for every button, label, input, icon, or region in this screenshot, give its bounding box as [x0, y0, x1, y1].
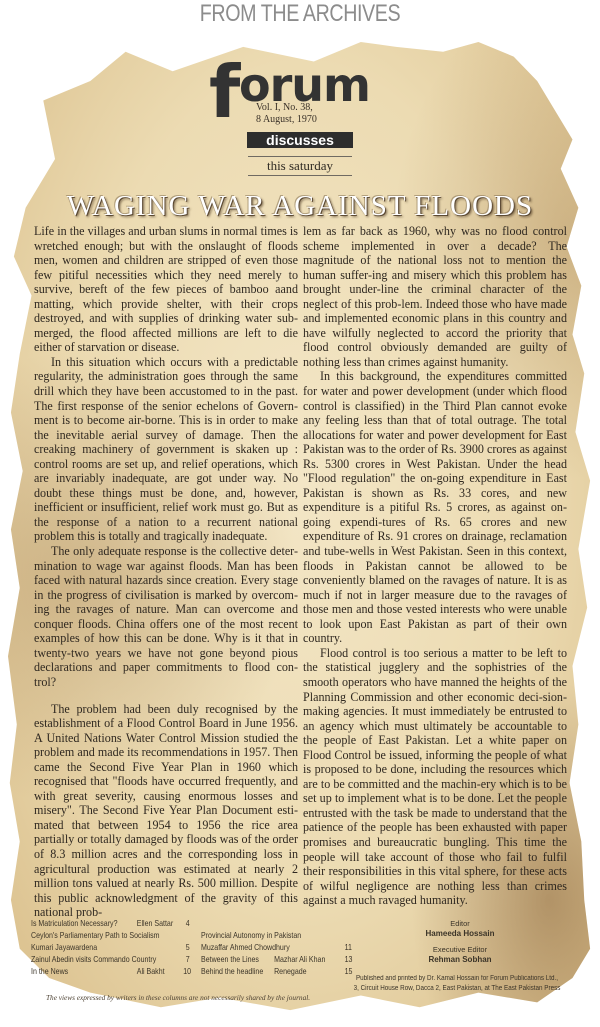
paragraph: Life in the villages and urban slums in … — [34, 224, 298, 355]
contents-title: In the News — [31, 966, 68, 978]
article-column-right: lem as far back as 1960, why was no floo… — [303, 224, 567, 908]
contents-title: Provincial Autonomy in Pakistan — [201, 930, 301, 942]
paragraph: In this situation which occurs with a pr… — [34, 355, 298, 544]
contents-author: Ali Bakht — [137, 966, 165, 978]
contents-page: 11 — [345, 942, 352, 954]
article-column-left: Life in the villages and urban slums in … — [34, 224, 298, 920]
executive-editor-name: Rehman Sobhan — [360, 955, 560, 965]
editor-role: Editor — [360, 919, 560, 929]
contents-item[interactable]: Muzaffar Ahmed Chowdhury 11 — [201, 942, 356, 954]
contents-title: Between the Lines — [201, 954, 259, 966]
paragraph: The problem had been duly recognised by … — [34, 702, 298, 920]
contents-title: Muzaffar Ahmed Chowdhury — [201, 942, 290, 954]
section-banner: FROM THE ARCHIVES — [54, 0, 546, 30]
contents-title: Kumari Jayawardena — [31, 942, 97, 954]
publisher-line-2: 3, Circuit House Row, Dacca 2, East Paki… — [349, 984, 565, 994]
contents-title: Zainul Abedin visits Commando Country — [31, 954, 156, 966]
issue-date: 8 August, 1970 — [256, 114, 317, 126]
paragraph: lem as far back as 1960, why was no floo… — [303, 224, 567, 369]
this-saturday-label: this saturday — [248, 156, 352, 176]
contents-page: 10 — [183, 966, 191, 978]
editor-name: Hameeda Hossain — [360, 929, 560, 939]
disclaimer: The views expressed by writers in these … — [46, 993, 346, 1002]
contents-author: Mazhar Ali Khan — [274, 954, 325, 966]
publisher-info: Published and printed by Dr. Kamal Hossa… — [349, 974, 565, 993]
contents-item[interactable]: Ceylon's Parliamentary Path to Socialism — [31, 930, 203, 942]
contents-item[interactable]: Between the Lines Mazhar Ali Khan 13 — [201, 954, 356, 966]
contents-item[interactable]: Kumari Jayawardena 5 — [31, 942, 203, 954]
contents-spacer — [201, 918, 356, 930]
contents-item[interactable]: In the News Ali Bakht 10 — [31, 966, 203, 978]
contents-list-left: Is Matriculation Necessary? Ellen Sattar… — [31, 918, 203, 978]
contents-item[interactable]: Behind the headline Renegade 15 — [201, 966, 356, 978]
contents-title: Behind the headline — [201, 966, 263, 978]
issue-info: Vol. I, No. 38, 8 August, 1970 — [256, 102, 317, 126]
contents-author: Renegade — [274, 966, 307, 978]
discusses-label: discusses — [247, 132, 353, 148]
logo-f: f — [209, 56, 238, 128]
publisher-line-1: Published and printed by Dr. Kamal Hossa… — [349, 974, 565, 984]
contents-title: Is Matriculation Necessary? — [31, 918, 117, 930]
paragraph: Flood control is too serious a matter to… — [303, 646, 567, 908]
staff-credits: Editor Hameeda Hossain Executive Editor … — [360, 919, 560, 965]
paragraph: The only adequate response is the collec… — [34, 544, 298, 689]
contents-page: 13 — [345, 954, 353, 966]
contents-item[interactable]: Zainul Abedin visits Commando Country 7 — [31, 954, 203, 966]
contents-list-right: Provincial Autonomy in Pakistan Muzaffar… — [201, 918, 356, 978]
contents-title: Ceylon's Parliamentary Path to Socialism — [31, 930, 160, 942]
contents-item[interactable]: Provincial Autonomy in Pakistan — [201, 930, 356, 942]
article-headline: WAGING WAR AGAINST FLOODS — [0, 190, 600, 223]
executive-editor-role: Executive Editor — [360, 945, 560, 955]
issue-volume: Vol. I, No. 38, — [256, 102, 317, 114]
contents-author: Ellen Sattar — [137, 918, 173, 930]
contents-page: 5 — [186, 942, 190, 954]
contents-page: 4 — [186, 918, 190, 930]
contents-page: 7 — [186, 954, 190, 966]
contents-item[interactable]: Is Matriculation Necessary? Ellen Sattar… — [31, 918, 203, 930]
paragraph: In this background, the expenditures com… — [303, 369, 567, 645]
